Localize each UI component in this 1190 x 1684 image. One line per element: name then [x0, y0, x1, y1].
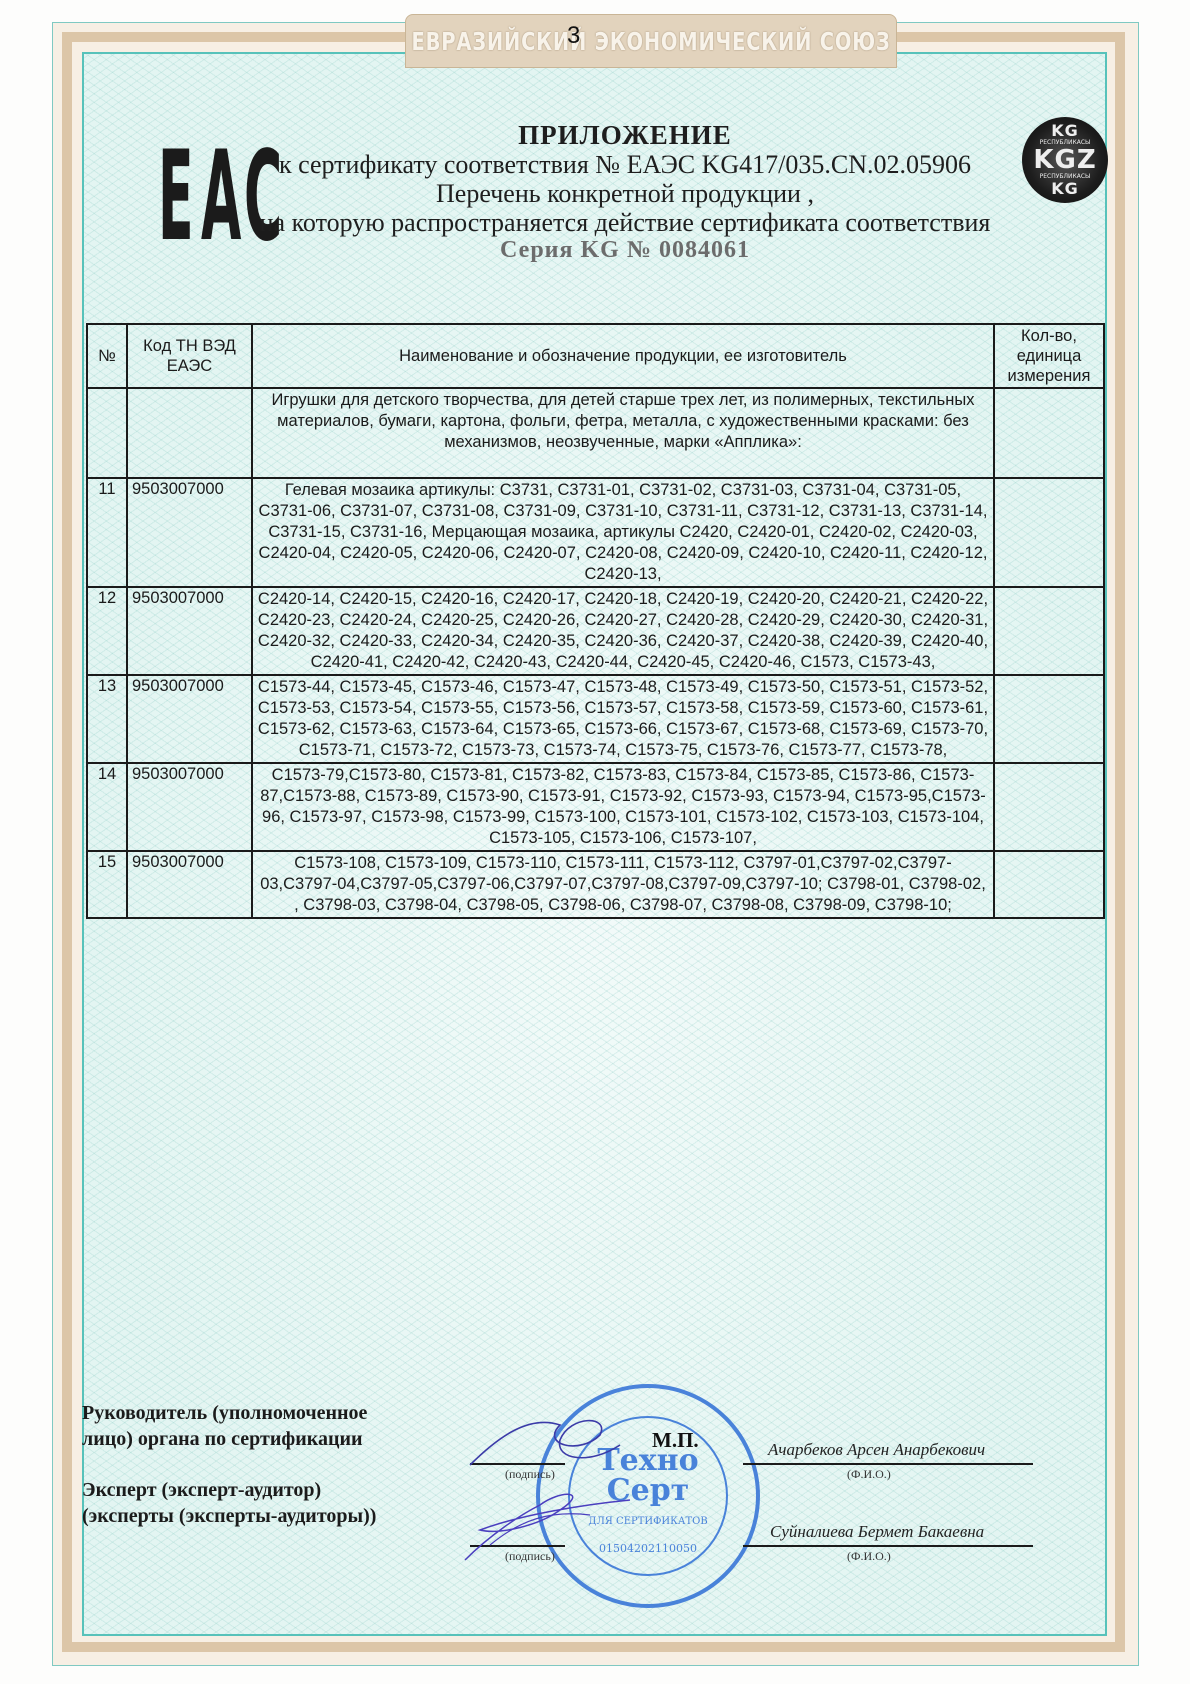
row-qty	[994, 587, 1104, 675]
head-fio-caption: (Ф.И.О.)	[847, 1467, 891, 1482]
expert-signatory-label: Эксперт (эксперт-аудитор) (эксперты (экс…	[82, 1477, 376, 1529]
scope-statement: на которую распространяется действие сер…	[240, 208, 1010, 237]
table-header-row: № Код ТН ВЭД ЕАЭС Наименование и обознач…	[87, 324, 1104, 388]
row-num: 11	[87, 478, 127, 587]
certificate-reference: к сертификату соответствия № ЕАЭС KG417/…	[240, 150, 1010, 179]
head-label-line1: Руководитель (уполномоченное	[82, 1400, 367, 1426]
banner-text: ЕВРАЗИЙСКИЙ ЭКОНОМИЧЕСКИЙ СОЮЗ	[412, 27, 891, 56]
hologram-main: KGZ	[1033, 147, 1096, 173]
row-code: 9503007000	[127, 478, 252, 587]
hologram-bottom: KG	[1051, 181, 1079, 197]
expert-name-line	[743, 1545, 1033, 1547]
product-list-heading: Перечень конкретной продукции ,	[240, 179, 1010, 208]
eac-letter-e: Е	[158, 145, 174, 250]
table-row: 15 9503007000 С1573-108, С1573-109, С157…	[87, 851, 1104, 918]
header-code: Код ТН ВЭД ЕАЭС	[127, 324, 252, 388]
head-name-line	[743, 1463, 1033, 1465]
row-qty	[994, 675, 1104, 763]
row-qty	[994, 851, 1104, 918]
row-name: С2420-14, С2420-15, С2420-16, С2420-17, …	[252, 587, 994, 675]
document-header: ПРИЛОЖЕНИЕ к сертификату соответствия № …	[240, 120, 1010, 263]
row-num: 12	[87, 587, 127, 675]
intro-num-cell	[87, 388, 127, 478]
hologram-top: KG	[1051, 123, 1079, 139]
handwritten-signature	[460, 1395, 680, 1575]
header-num: №	[87, 324, 127, 388]
table-intro-row: Игрушки для детского творчества, для дет…	[87, 388, 1104, 478]
row-num: 15	[87, 851, 127, 918]
header-qty: Кол-во, единица измерения	[994, 324, 1104, 388]
row-code: 9503007000	[127, 675, 252, 763]
row-name: Гелевая мозаика артикулы: С3731, С3731-0…	[252, 478, 994, 587]
row-name: С1573-108, С1573-109, С1573-110, С1573-1…	[252, 851, 994, 918]
table-row: 13 9503007000 С1573-44, С1573-45, С1573-…	[87, 675, 1104, 763]
product-table: № Код ТН ВЭД ЕАЭС Наименование и обознач…	[86, 323, 1105, 919]
row-name: С1573-79,С1573-80, С1573-81, С1573-82, С…	[252, 763, 994, 851]
row-code: 9503007000	[127, 587, 252, 675]
series-number: Серия KG № 0084061	[240, 237, 1010, 263]
row-name: С1573-44, С1573-45, С1573-46, С1573-47, …	[252, 675, 994, 763]
row-code: 9503007000	[127, 851, 252, 918]
row-num: 14	[87, 763, 127, 851]
expert-label-line2: (эксперты (эксперты-аудиторы))	[82, 1503, 376, 1529]
head-signatory-label: Руководитель (уполномоченное лицо) орган…	[82, 1400, 367, 1452]
intro-code-cell	[127, 388, 252, 478]
head-label-line2: лицо) органа по сертификации	[82, 1426, 367, 1452]
row-num: 13	[87, 675, 127, 763]
document-title: ПРИЛОЖЕНИЕ	[240, 120, 1010, 150]
expert-fio-caption: (Ф.И.О.)	[847, 1549, 891, 1564]
table-row: 14 9503007000 С1573-79,С1573-80, С1573-8…	[87, 763, 1104, 851]
intro-qty-cell	[994, 388, 1104, 478]
intro-description: Игрушки для детского творчества, для дет…	[252, 388, 994, 478]
header-name: Наименование и обозначение продукции, ее…	[252, 324, 994, 388]
eac-letter-a: А	[201, 145, 217, 250]
table-row: 12 9503007000 С2420-14, С2420-15, С2420-…	[87, 587, 1104, 675]
table-row: 11 9503007000 Гелевая мозаика артикулы: …	[87, 478, 1104, 587]
row-qty	[994, 763, 1104, 851]
row-code: 9503007000	[127, 763, 252, 851]
head-full-name: Ачарбеков Арсен Анарбекович	[768, 1440, 985, 1460]
expert-full-name: Суйналиева Бермет Бакаевна	[770, 1522, 984, 1542]
expert-label-line1: Эксперт (эксперт-аудитор)	[82, 1477, 376, 1503]
hologram-sticker: KG РЕСПУБЛИКАСЫ KGZ РЕСПУБЛИКАСЫ KG	[1022, 117, 1108, 203]
page-number: 3	[567, 22, 580, 50]
eaeu-banner: ЕВРАЗИЙСКИЙ ЭКОНОМИЧЕСКИЙ СОЮЗ	[405, 14, 897, 68]
row-qty	[994, 478, 1104, 587]
